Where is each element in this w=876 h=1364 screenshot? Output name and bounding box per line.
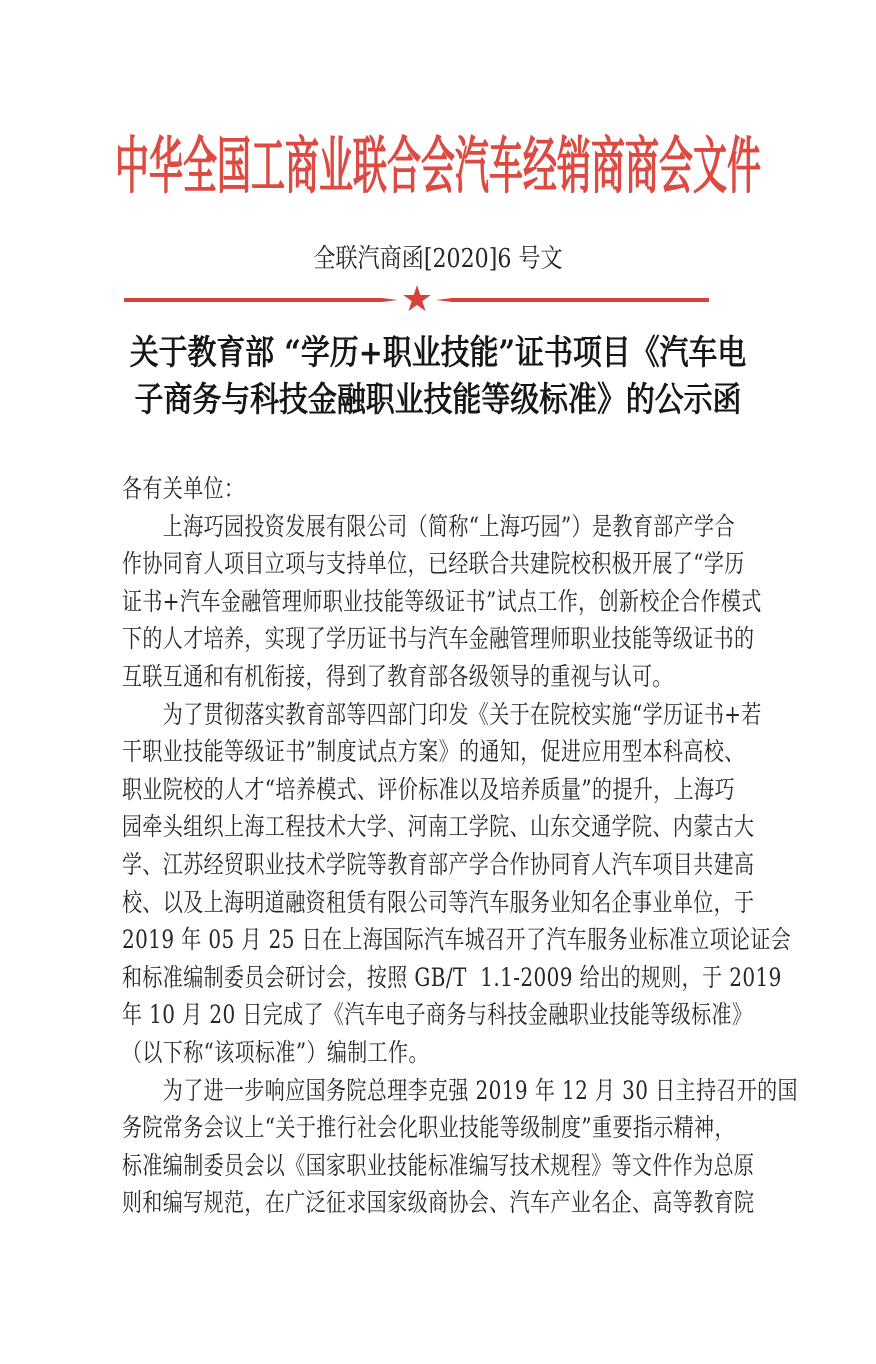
- document-header-org-title: 中华全国工商业联合会汽车经销商商会文件: [0, 95, 876, 239]
- body-line: （以下称“该项标准”）编制工作。: [122, 1034, 759, 1072]
- document-title-line2: 子商务与科技金融职业技能等级标准》的公示函: [66, 377, 811, 424]
- body-line: 下的人才培养，实现了学历证书与汽车金融管理师职业技能等级证书的: [122, 620, 759, 658]
- body-line: 务院常务会议上“关于推行社会化职业技能等级制度”重要指示精神，: [122, 1109, 759, 1147]
- document-title: 关于教育部 “学历+职业技能”证书项目《汽车电 子商务与科技金融职业技能等级标准…: [66, 330, 811, 424]
- star-icon: ★: [396, 279, 438, 321]
- body-line: 为了贯彻落实教育部等四部门印发《关于在院校实施“学历证书+若: [122, 696, 759, 734]
- body-line: 和标准编制委员会研讨会，按照 GB/T 1.1-2009 给出的规则，于 201…: [122, 959, 759, 997]
- document-title-line1: 关于教育部 “学历+职业技能”证书项目《汽车电: [66, 330, 811, 377]
- body-line: 园牵头组织上海工程技术大学、河南工学院、山东交通学院、内蒙古大: [122, 808, 759, 846]
- body-line: 干职业技能等级证书”制度试点方案》的通知，促进应用型本科高校、: [122, 733, 759, 771]
- divider-line-left: [124, 298, 398, 302]
- body-text: 各有关单位： 上海巧园投资发展有限公司（简称“上海巧园”）是教育部产学合作协同育…: [122, 470, 759, 1222]
- body-line: 年 10 月 20 日完成了《汽车电子商务与科技金融职业技能等级标准》: [122, 996, 759, 1034]
- body-line: 2019 年 05 月 25 日在上海国际汽车城召开了汽车服务业标准立项论证会: [122, 921, 759, 959]
- body-line: 上海巧园投资发展有限公司（简称“上海巧园”）是教育部产学合: [122, 508, 759, 546]
- body-line: 为了进一步响应国务院总理李克强 2019 年 12 月 30 日主持召开的国: [122, 1072, 759, 1110]
- body-line: 则和编写规范，在广泛征求国家级商协会、汽车产业名企、高等教育院: [122, 1184, 759, 1222]
- body-line: 学、江苏经贸职业技术学院等教育部产学合作协同育人汽车项目共建高: [122, 846, 759, 884]
- doc-number: 全联汽商函[2020]6 号文: [66, 242, 811, 276]
- body-line: 标准编制委员会以《国家职业技能标准编写技术规程》等文件作为总原: [122, 1147, 759, 1185]
- body-line: 作协同育人项目立项与支持单位，已经联合共建院校积极开展了“学历: [122, 545, 759, 583]
- divider-line-right: [436, 298, 709, 302]
- body-line: 校、以及上海明道融资租赁有限公司等汽车服务业知名企事业单位，于: [122, 884, 759, 922]
- body-line: 互联互通和有机衔接，得到了教育部各级领导的重视与认可。: [122, 658, 759, 696]
- body-line: 证书+汽车金融管理师职业技能等级证书”试点工作，创新校企合作模式: [122, 583, 759, 621]
- body-line: 各有关单位：: [122, 470, 759, 508]
- document-page: 中华全国工商业联合会汽车经销商商会文件 全联汽商函[2020]6 号文 ★ 关于…: [0, 0, 876, 1364]
- body-line: 职业院校的人才“培养模式、评价标准以及培养质量”的提升，上海巧: [122, 771, 759, 809]
